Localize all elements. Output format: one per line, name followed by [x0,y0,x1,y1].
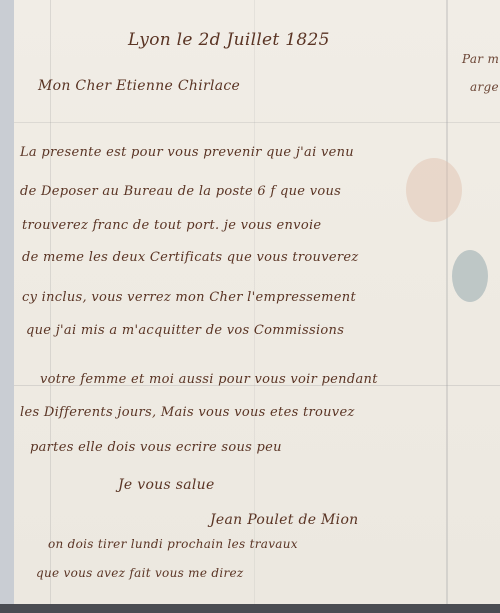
postscript-line: que vous avez fait vous me direz [36,566,244,580]
fold-crease [446,0,448,606]
body-line: de Deposer au Bureau de la poste 6 f que… [20,184,341,199]
fold-crease [14,122,500,123]
signature: Jean Poulet de Mion [210,512,359,528]
postscript-line: on dois tirer lundi prochain les travaux [48,537,298,551]
background-surface [0,604,500,613]
body-line: que j'ai mis a m'acquitter de vos Commis… [26,323,344,338]
body-line: La presente est pour vous prevenir que j… [20,145,354,160]
margin-note: arge [470,80,499,94]
body-line: votre femme et moi aussi pour vous voir … [40,372,378,387]
body-line: de meme les deux Certificats que vous tr… [22,250,359,265]
body-line: les Differents jours, Mais vous vous ete… [20,405,355,420]
body-line: cy inclus, vous verrez mon Cher l'empres… [22,290,356,305]
body-line: partes elle dois vous ecrire sous peu [30,440,282,455]
wax-seal-stain [452,250,488,302]
salutation: Mon Cher Etienne Chirlace [38,78,240,94]
dateline: Lyon le 2d Juillet 1825 [128,30,330,50]
margin-note: Par m [462,52,499,66]
body-line: trouverez franc de tout port. je vous en… [22,218,321,233]
stain [406,158,462,222]
closing: Je vous salue [118,477,215,493]
